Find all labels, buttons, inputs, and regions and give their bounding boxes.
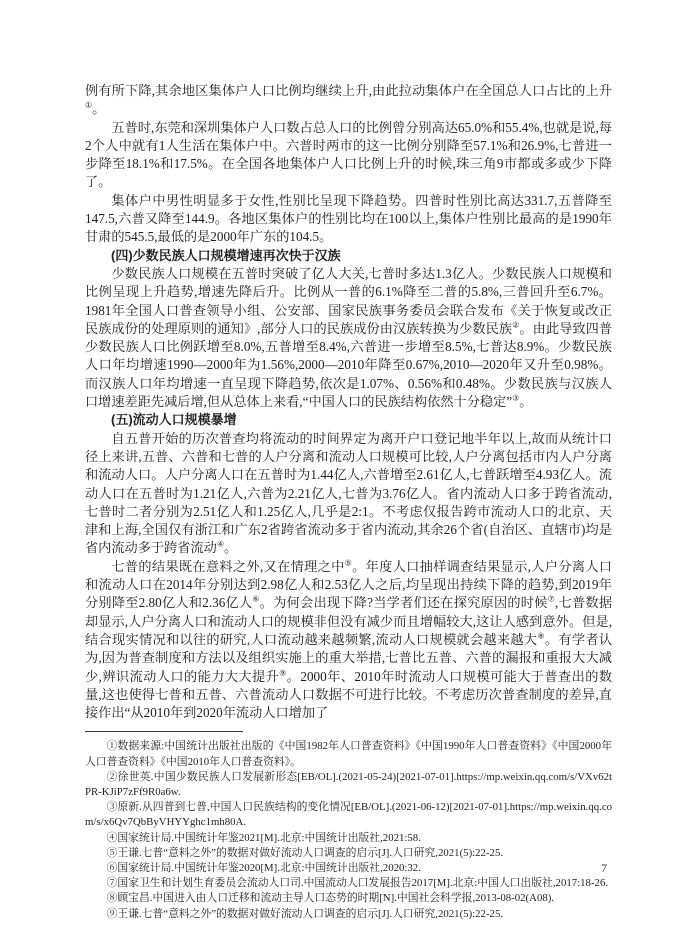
footnote-ref: ⑨ (279, 668, 287, 677)
footnote-ref: ⑧ (537, 632, 544, 641)
paragraph: 例有所下降,其余地区集体户人口比例均继续上升,由此拉动集体户在全国总人口占比的上… (85, 82, 612, 119)
footnote-item: ⑥国家统计局.中国统计年鉴2020[M].北京:中国统计出版社,2020:32. (85, 861, 612, 876)
page-number: 7 (601, 861, 607, 876)
document-page: 例有所下降,其余地区集体户人口比例均继续上升,由此拉动集体户在全国总人口占比的上… (0, 0, 700, 943)
footnote-marker: ③ (107, 801, 118, 813)
footnote-item: ④国家统计局.中国统计年鉴2021[M].北京:中国统计出版社,2021:58. (85, 831, 612, 846)
footnote-marker: ④ (107, 832, 118, 844)
section-heading: (四)少数民族人口规模增速再次快于汉族 (85, 247, 612, 265)
body-text: 例有所下降,其余地区集体户人口比例均继续上升,由此拉动集体户在全国总人口占比的上… (85, 82, 612, 722)
page-content: 例有所下降,其余地区集体户人口比例均继续上升,由此拉动集体户在全国总人口占比的上… (85, 82, 612, 922)
paragraph: 自五普开始的历次普查均将流动的时间界定为离开户口登记地半年以上,故而从统计口径上… (85, 430, 612, 558)
footnote-marker: ⑥ (107, 862, 118, 874)
paragraph: 少数民族人口规模在五普时突破了亿人大关,七普时多达1.3亿人。少数民族人口规模和… (85, 265, 612, 411)
footnote-marker: ⑦ (107, 877, 118, 889)
footnote-ref: ⑦ (548, 595, 555, 604)
footnote-ref: ① (85, 101, 92, 110)
footnote-item: ⑦国家卫生和计划生育委员会流动人口司.中国流动人口发展报告2017[M].北京:… (85, 876, 612, 891)
footnote-marker: ② (107, 771, 118, 783)
footnote-ref: ⑤ (345, 558, 353, 567)
footnote-ref: ③ (512, 394, 519, 403)
footnote-item: ②徐世英.中国少数民族人口发展新形态[EB/OL].(2021-05-24)[2… (85, 770, 612, 800)
footnote-marker: ⑨ (107, 908, 118, 920)
footnotes: ①数据来源:中国统计出版社出版的《中国1982年人口普查资料》《中国1990年人… (85, 739, 612, 921)
paragraph: 七普的结果既在意料之外,又在情理之中⑤。年度人口抽样调查结果显示,人户分离人口和… (85, 558, 612, 723)
footnote-divider (85, 731, 243, 732)
footnote-ref: ② (512, 320, 519, 329)
footnote-item: ⑧顾宝昌.中国进入由人口迁移和流动主导人口态势的时期[N].中国社会科学报,20… (85, 891, 612, 906)
footnote-item: ①数据来源:中国统计出版社出版的《中国1982年人口普查资料》《中国1990年人… (85, 739, 612, 769)
footnote-item: ⑨王谦.七普“意料之外”的数据对做好流动人口调查的启示[J].人口研究,2021… (85, 907, 612, 922)
paragraph: 五普时,东莞和深圳集体户人口数占总人口的比例曾分别高达65.0%和55.4%,也… (85, 119, 612, 192)
footnote-marker: ⑤ (107, 847, 118, 859)
footnote-marker: ① (107, 740, 118, 752)
footnote-marker: ⑧ (107, 892, 118, 904)
footnote-ref: ④ (217, 540, 224, 549)
footnote-item: ③原新.从四普到七普,中国人口民族结构的变化情况[EB/OL].(2021-06… (85, 800, 612, 830)
footnote-ref: ⑥ (252, 595, 259, 604)
footnote-item: ⑤王谦.七普“意料之外”的数据对做好流动人口调查的启示[J].人口研究,2021… (85, 846, 612, 861)
section-heading: (五)流动人口规模暴增 (85, 411, 612, 429)
paragraph: 集体户中男性明显多于女性,性别比呈现下降趋势。四普时性别比高达331.7,五普降… (85, 192, 612, 247)
